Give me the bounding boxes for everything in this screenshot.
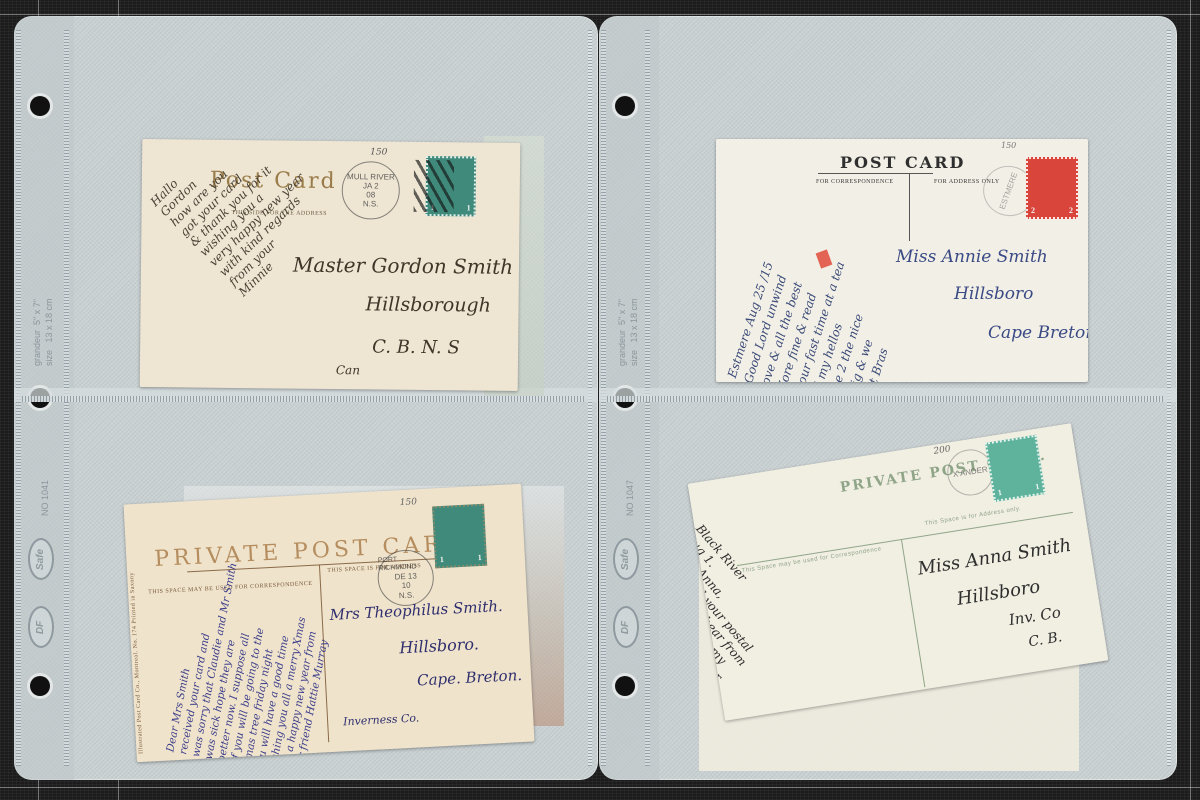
postmark: MULL RIVER JA 2 08 N.S.	[341, 161, 400, 220]
address-line: Cape. Breton.	[417, 666, 523, 689]
price-note: 150	[400, 497, 418, 508]
header-rule	[818, 173, 933, 174]
address-line: Hillsboro	[954, 284, 1033, 304]
pocket-weld	[22, 396, 584, 402]
model-number: NO 1041	[40, 480, 50, 516]
safe-logo-icon: Safe	[613, 538, 639, 580]
address-line: Hillsboro.	[399, 634, 479, 657]
barred-cancel	[414, 160, 455, 212]
price-note: 200	[933, 444, 952, 457]
strip-brand-text: grandeur 5" x 7"	[617, 299, 627, 366]
stamp-green-1-cent: 11	[432, 504, 487, 569]
mat-grid-line	[1190, 0, 1191, 800]
stamp-red-2-cent: 22	[1026, 157, 1078, 219]
address-line: Miss Anna Smith	[916, 535, 1072, 580]
postcard-estmere[interactable]: POST CARD FOR CORRESPONDENCE FOR ADDRESS…	[716, 139, 1088, 382]
address-line: Mrs Theophilus Smith.	[329, 597, 503, 624]
address-line: Cape Breton	[988, 323, 1088, 343]
price-note: 150	[1001, 141, 1016, 150]
stamp-green-1-cent: 11	[985, 435, 1046, 502]
address-line: Master Gordon Smith	[293, 253, 513, 279]
pocket-weld	[607, 396, 1163, 402]
address-label: This Space is for Address only.	[924, 506, 1021, 527]
punch-hole	[615, 676, 635, 696]
punch-hole	[615, 96, 635, 116]
strip-size-text: size 13 x 18 cm	[629, 298, 639, 366]
strip-size-text: size 13 x 18 cm	[44, 298, 54, 366]
correspondence-label: FOR CORRESPONDENCE	[816, 179, 894, 185]
address-line: C. B.	[1027, 629, 1063, 650]
mat-grid-line	[0, 787, 1200, 788]
address-line: C. B. N. S	[372, 336, 460, 358]
address-line: Can	[336, 363, 360, 377]
mat-grid-line	[0, 14, 1200, 15]
address-line: Miss Annie Smith	[896, 247, 1048, 267]
postcard-mull-river[interactable]: Post Card THIS SIDE FOR THE ADDRESS 150 …	[140, 139, 521, 391]
message-block: Estmere Aug 25 /15 Good Lord unwind love…	[724, 239, 914, 382]
strip-brand-text: grandeur 5" x 7"	[32, 299, 42, 366]
postcard-port-richmond[interactable]: PRIVATE POST CARD THIS SPACE MAY BE USED…	[124, 484, 535, 762]
address-line: Hillsborough	[365, 293, 491, 316]
address-line: Inverness Co.	[343, 711, 420, 728]
center-divider	[909, 173, 910, 241]
df-logo-icon: DF	[613, 606, 639, 648]
df-logo-icon: DF	[28, 606, 54, 648]
address-line: Inv. Co	[1008, 603, 1062, 629]
model-number: NO 1047	[625, 480, 635, 516]
address-line: Hillsboro	[955, 576, 1041, 610]
postmark: PORT RICHMOND DE 13 10 N.S.	[376, 548, 435, 607]
punch-hole	[30, 96, 50, 116]
punch-hole	[30, 676, 50, 696]
postcard-header: POST CARD	[840, 153, 965, 172]
safe-logo-icon: Safe	[28, 538, 54, 580]
price-note: 150	[370, 147, 387, 157]
